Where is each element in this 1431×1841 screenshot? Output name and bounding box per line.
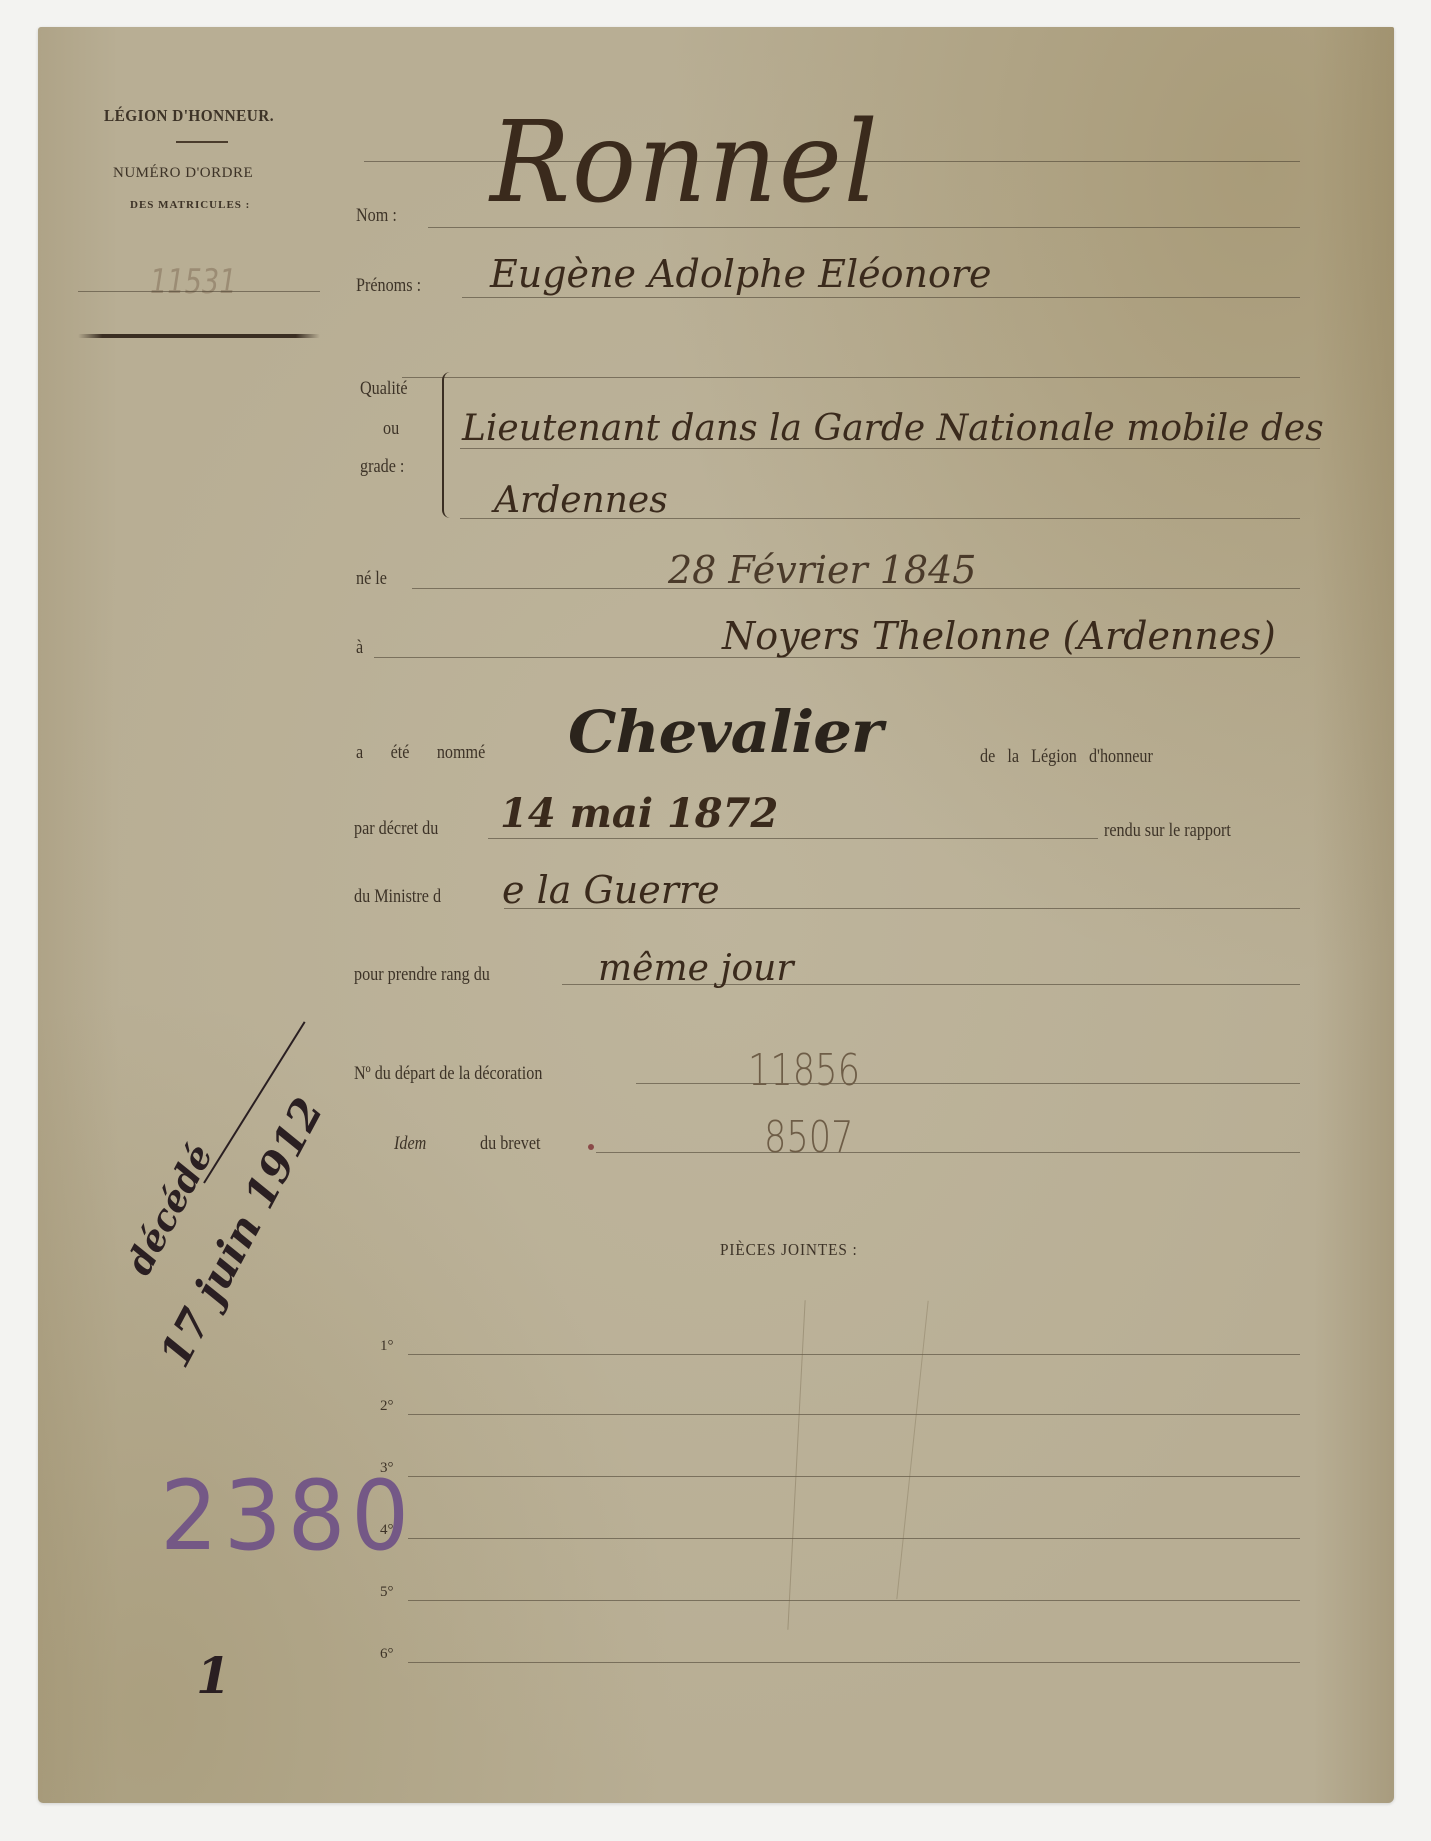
piece-rule-2[interactable] [408, 1414, 1300, 1415]
piece-rule-4[interactable] [408, 1538, 1300, 1539]
decret-suffix: rendu sur le rapport [1104, 820, 1231, 842]
rang-label: pour prendre rang du [354, 964, 490, 986]
piece-rule-5[interactable] [408, 1600, 1300, 1601]
brevet-label: du brevet [480, 1133, 541, 1155]
qualite-bracket [442, 372, 452, 518]
header-title: LÉGION D'HONNEUR. [104, 106, 274, 126]
piece-rule-3[interactable] [408, 1476, 1300, 1477]
matricule-number: 11531 [150, 262, 237, 302]
handwritten-number: 1 [196, 1646, 231, 1705]
qualite-label-1: Qualité [360, 378, 408, 400]
brevet-ink-dot [588, 1144, 594, 1150]
depart-value: 11856 [748, 1045, 860, 1096]
header-subtitle-1: NUMÉRO D'ORDRE [113, 165, 253, 182]
brevet-idem-label: Idem [394, 1133, 426, 1155]
nom-label: Nom : [356, 205, 397, 227]
header-subtitle-2: DES MATRICULES : [130, 199, 250, 211]
nomination-prefix: a été nommé [356, 742, 485, 764]
depart-rule [636, 1083, 1300, 1084]
qualite-upper-rule [402, 377, 1300, 378]
qualite-label-2: ou [383, 418, 399, 440]
piece-label-2: 2° [380, 1398, 394, 1415]
brevet-rule [596, 1152, 1300, 1153]
nomination-suffix: de la Légion d'honneur [980, 746, 1153, 768]
ne-le-label: né le [356, 568, 387, 590]
matricule-rule [78, 291, 320, 292]
qualite-label-3: grade : [360, 456, 404, 478]
nom-value: Ronnel [490, 98, 880, 228]
qualite-value-1: Lieutenant dans la Garde Nationale mobil… [462, 408, 1324, 449]
piece-label-1: 1° [380, 1338, 394, 1355]
piece-label-5: 5° [380, 1584, 394, 1601]
ministre-value: e la Guerre [502, 868, 720, 912]
prenoms-label: Prénoms : [356, 275, 421, 297]
nomination-rank: Chevalier [568, 698, 882, 766]
ministre-label: du Ministre d [354, 886, 441, 908]
prenoms-value: Eugène Adolphe Eléonore [490, 252, 992, 296]
stamp-number: 2380 [160, 1460, 415, 1572]
matricule-flourish [78, 334, 320, 338]
rang-value: même jour [598, 948, 794, 989]
piece-rule-1[interactable] [408, 1354, 1300, 1355]
depart-label: Nº du départ de la décoration [354, 1063, 542, 1085]
brevet-value: 8507 [764, 1112, 854, 1163]
decret-value: 14 mai 1872 [500, 790, 778, 837]
a-value: Noyers Thelonne (Ardennes) [722, 614, 1276, 658]
header-divider [176, 141, 228, 143]
decret-label: par décret du [354, 818, 438, 840]
piece-rule-6[interactable] [408, 1662, 1300, 1663]
qualite-value-2: Ardennes [494, 480, 668, 521]
a-label: à [356, 637, 363, 659]
piece-label-6: 6° [380, 1646, 394, 1663]
prenoms-rule [462, 297, 1300, 298]
ne-le-value: 28 Février 1845 [668, 548, 976, 592]
decret-rule [488, 838, 1098, 839]
pieces-jointes-title: PIÈCES JOINTES : [720, 1240, 858, 1260]
